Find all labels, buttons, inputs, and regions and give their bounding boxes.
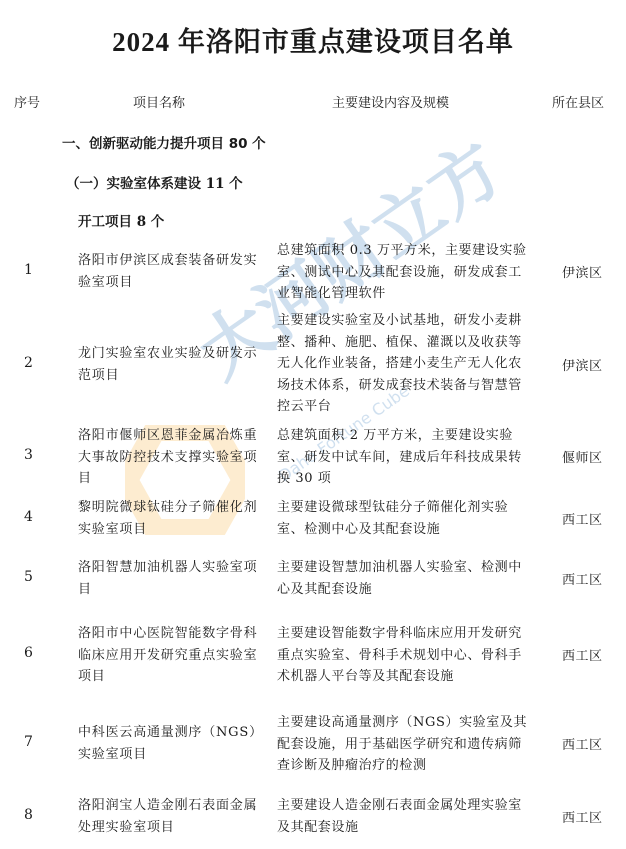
row-content: 主要建设实验室及小试基地，研发小麦耕整、播种、施肥、植保、灌溉以及收获等无人化作… (277, 310, 532, 418)
row-content: 总建筑面积 2 万平方米，主要建设实验室、研发中试车间，建成后年科技成果转换 3… (277, 425, 532, 490)
row-seq: 4 (24, 509, 33, 525)
row-name: 中科医云高通量测序（NGS）实验室项目 (78, 722, 258, 765)
row-name: 洛阳智慧加油机器人实验室项目 (78, 557, 258, 600)
header-content: 主要建设内容及规模 (332, 92, 449, 111)
header-seq: 序号 (14, 92, 40, 111)
row-district: 西工区 (562, 807, 603, 826)
row-name: 洛阳市伊滨区成套装备研发实验室项目 (78, 250, 258, 293)
section-heading-level1: 一、创新驱动能力提升项目 80 个 (62, 132, 266, 152)
row-name: 黎明院微球钛硅分子筛催化剂实验室项目 (78, 497, 258, 540)
header-district: 所在县区 (552, 92, 604, 111)
row-district: 西工区 (562, 645, 603, 664)
row-district: 西工区 (562, 509, 603, 528)
row-seq: 5 (24, 569, 33, 585)
section-heading-level2: （一）实验室体系建设 11 个 (66, 172, 243, 192)
row-content: 主要建设智慧加油机器人实验室、检测中心及其配套设施 (277, 557, 532, 600)
row-name: 洛阳市偃师区恩菲金属冶炼重大事故防控技术支撑实验室项目 (78, 425, 258, 490)
row-content: 总建筑面积 0.3 万平方米，主要建设实验室、测试中心及其配套设施，研发成套工业… (277, 240, 532, 305)
row-district: 伊滨区 (562, 355, 603, 374)
row-content: 主要建设人造金刚石表面金属处理实验室及其配套设施 (277, 795, 532, 838)
row-seq: 2 (24, 355, 33, 371)
row-seq: 1 (24, 262, 33, 278)
row-seq: 8 (24, 807, 33, 823)
row-district: 西工区 (562, 569, 603, 588)
header-name: 项目名称 (133, 92, 185, 111)
row-district: 偃师区 (562, 447, 603, 466)
row-name: 龙门实验室农业实验及研发示范项目 (78, 343, 258, 386)
row-seq: 6 (24, 645, 33, 661)
row-district: 伊滨区 (562, 262, 603, 281)
table-header: 序号 项目名称 主要建设内容及规模 所在县区 (0, 92, 626, 112)
section-heading-level3: 开工项目 8 个 (78, 210, 164, 230)
row-seq: 3 (24, 447, 33, 463)
page-title: 2024 年洛阳市重点建设项目名单 (0, 20, 626, 59)
row-seq: 7 (24, 734, 33, 750)
row-content: 主要建设高通量测序（NGS）实验室及其配套设施，用于基础医学研究和遗传病筛查诊断… (277, 712, 532, 777)
row-district: 西工区 (562, 734, 603, 753)
row-content: 主要建设微球型钛硅分子筛催化剂实验室、检测中心及其配套设施 (277, 497, 532, 540)
row-name: 洛阳润宝人造金刚石表面金属处理实验室项目 (78, 795, 258, 838)
row-content: 主要建设智能数字骨科临床应用开发研究重点实验室、骨科手术规划中心、骨科手术机器人… (277, 623, 532, 688)
row-name: 洛阳市中心医院智能数字骨科临床应用开发研究重点实验室项目 (78, 623, 258, 688)
